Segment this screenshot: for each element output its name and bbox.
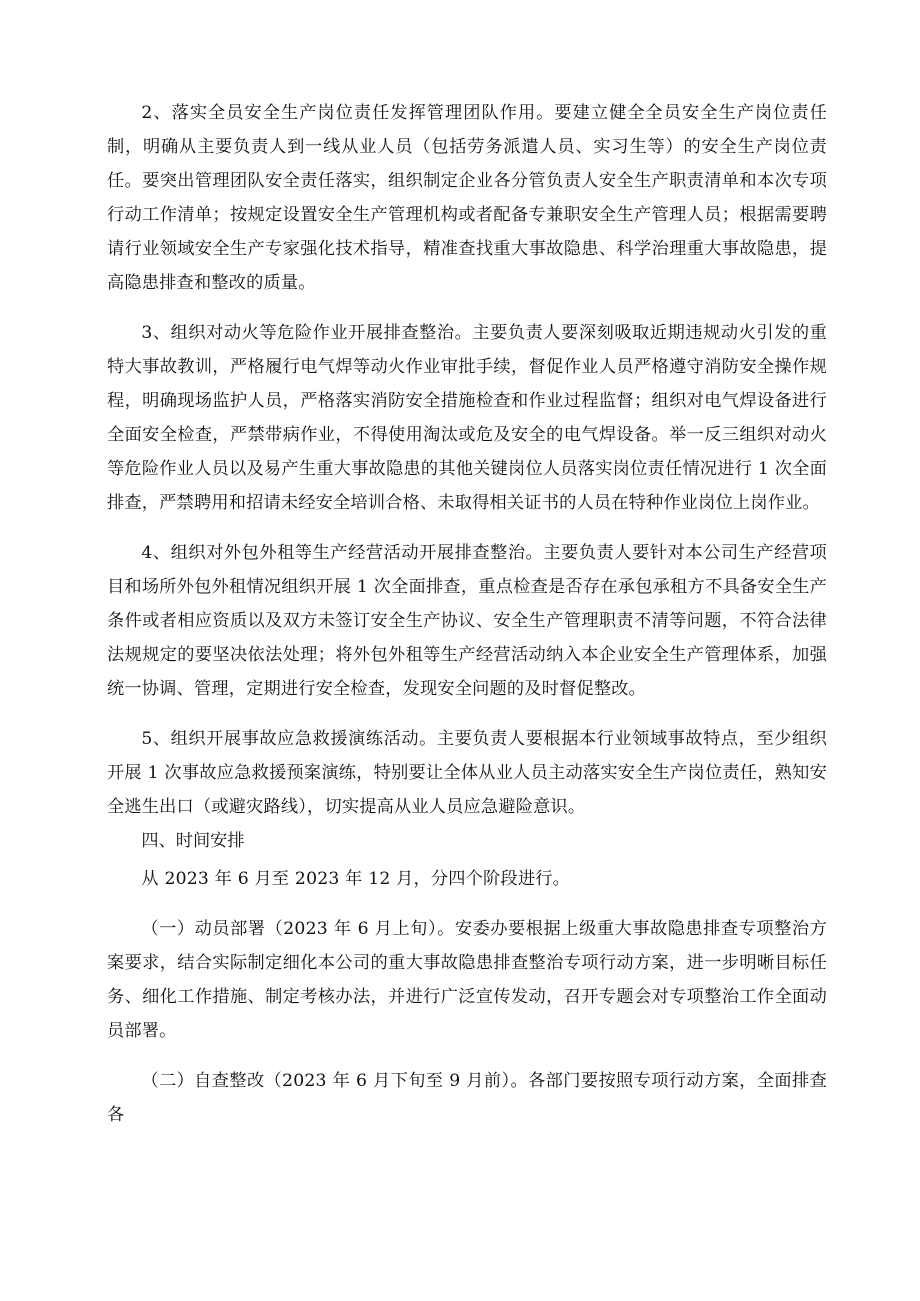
paragraph-phase-1: （一）动员部署（2023 年 6 月上旬）。安委办要根据上级重大事故隐患排查专项… [107,912,827,1048]
document-page: 2、落实全员安全生产岗位责任发挥管理团队作用。要建立健全全员安全生产岗位责任制，… [107,96,827,1132]
paragraph-item-3: 3、组织对动火等危险作业开展排查整治。主要负责人要深刻吸取近期违规动火引发的重特… [107,316,827,520]
paragraph-item-2: 2、落实全员安全生产岗位责任发挥管理团队作用。要建立健全全员安全生产岗位责任制，… [107,96,827,300]
paragraph-item-4: 4、组织对外包外租等生产经营活动开展排查整治。主要负责人要针对本公司生产经营项目… [107,536,827,706]
section-heading-schedule: 四、时间安排 [107,824,827,858]
paragraph-phase-2: （二）自查整改（2023 年 6 月下旬至 9 月前）。各部门要按照专项行动方案… [107,1064,827,1132]
schedule-intro: 从 2023 年 6 月至 2023 年 12 月，分四个阶段进行。 [107,862,827,896]
paragraph-item-5: 5、组织开展事故应急救援演练活动。主要负责人要根据本行业领域事故特点，至少组织开… [107,722,827,824]
